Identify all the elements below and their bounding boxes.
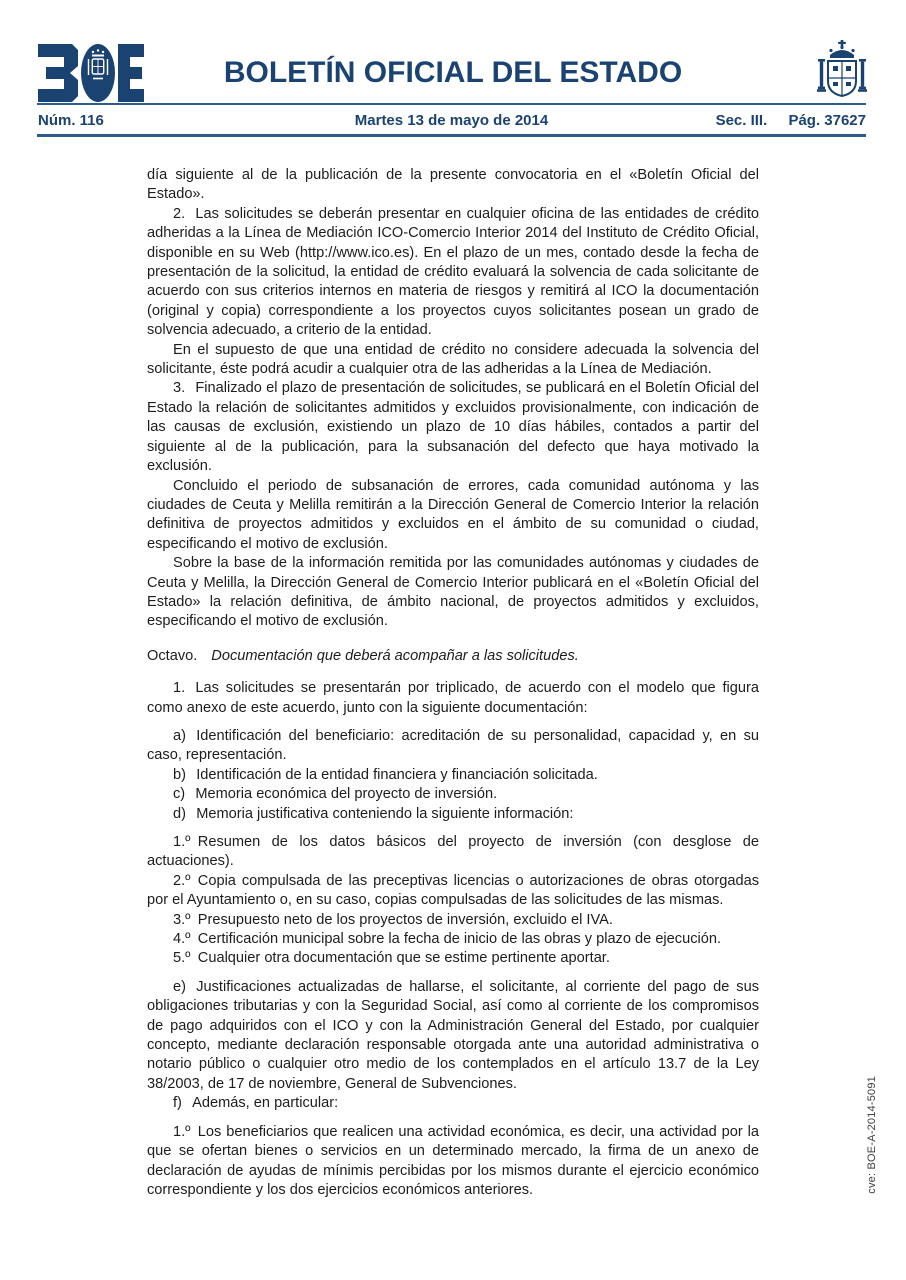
paragraph: 5.º Cualquier otra documentación que se … <box>147 949 759 968</box>
section-number: Sec. III. <box>716 112 768 129</box>
paragraph: 4.º Certificación municipal sobre la fec… <box>147 930 759 949</box>
section-heading-title: Documentación que deberá acompañar a las… <box>211 648 579 664</box>
section-page-group: Sec. III. Pág. 37627 <box>716 112 866 129</box>
paragraph: día siguiente al de la publicación de la… <box>147 166 759 205</box>
paragraph: En el supuesto de que una entidad de cré… <box>147 341 759 380</box>
header-divider-thin <box>37 103 866 105</box>
paragraph: d) Memoria justificativa conteniendo la … <box>147 805 759 824</box>
paragraph: 1. Las solicitudes se presentarán por tr… <box>147 679 759 718</box>
paragraph: 3. Finalizado el plazo de presentación d… <box>147 379 759 476</box>
paragraph: 1.º Resumen de los datos básicos del pro… <box>147 833 759 872</box>
paragraph: 2. Las solicitudes se deberán presentar … <box>147 205 759 341</box>
section-heading: Octavo.Documentación que deberá acompaña… <box>147 647 759 666</box>
section-heading-label: Octavo. <box>147 648 211 664</box>
paragraph: 2.º Copia compulsada de las preceptivas … <box>147 872 759 911</box>
paragraph: Sobre la base de la información remitida… <box>147 554 759 632</box>
paragraph: c) Memoria económica del proyecto de inv… <box>147 785 759 804</box>
paragraph: Concluido el periodo de subsanación de e… <box>147 477 759 555</box>
page-number: Pág. 37627 <box>788 112 866 129</box>
paragraph: 3.º Presupuesto neto de los proyectos de… <box>147 911 759 930</box>
paragraph: b) Identificación de la entidad financie… <box>147 766 759 785</box>
boe-gazette-page: BOLETÍN OFICIAL DEL ESTADO <box>0 0 906 1280</box>
paragraph: f) Además, en particular: <box>147 1094 759 1113</box>
paragraph: 1.º Los beneficiarios que realicen una a… <box>147 1123 759 1201</box>
paragraph: a) Identificación del beneficiario: acre… <box>147 727 759 766</box>
paragraph: e) Justificaciones actualizadas de halla… <box>147 978 759 1094</box>
header-divider-thick <box>37 134 866 137</box>
coat-of-arms-icon <box>816 40 868 102</box>
cve-code: cve: BOE-A-2014-5091 <box>866 1076 878 1194</box>
document-body: día siguiente al de la publicación de la… <box>147 166 759 1200</box>
masthead-title: BOLETÍN OFICIAL DEL ESTADO <box>0 56 906 90</box>
issue-meta-row: Núm. 116 Martes 13 de mayo de 2014 Sec. … <box>37 110 866 132</box>
